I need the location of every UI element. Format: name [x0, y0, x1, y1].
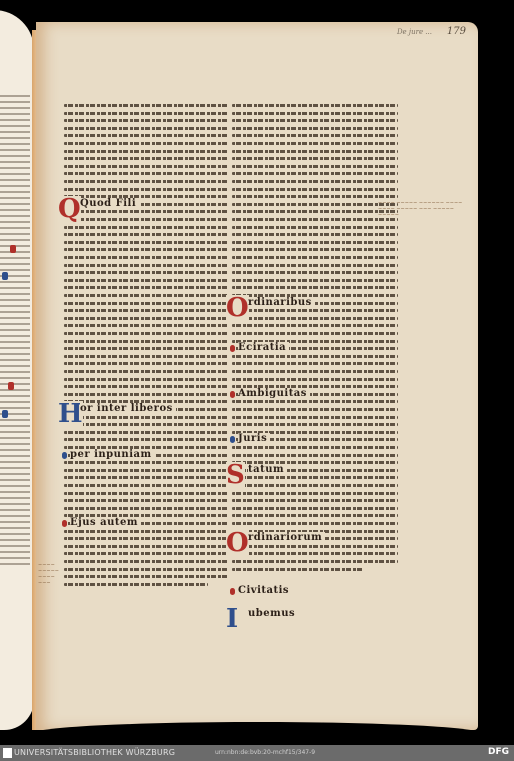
- script-line: [232, 446, 398, 449]
- urn-identifier[interactable]: urn:nbn:de:bvb:20-mchf15/347-9: [215, 749, 315, 756]
- script-line: [232, 134, 398, 137]
- rubric-mark: [2, 410, 8, 418]
- rubric-heading: Ejus autem: [70, 517, 141, 528]
- script-line: [64, 461, 228, 464]
- rubric-mark: [8, 382, 14, 390]
- script-line: [64, 484, 228, 487]
- script-line: [232, 172, 398, 175]
- folio-number: 179: [447, 26, 466, 37]
- script-line: [64, 150, 228, 153]
- script-line: [232, 279, 398, 282]
- rubric-heading: Ambiguitas: [238, 388, 310, 399]
- manuscript-viewer: De jure ... 179 QQuod FiliHor inter libe…: [0, 0, 514, 745]
- decorated-initial: O: [226, 295, 249, 321]
- script-line: [64, 583, 208, 586]
- script-line: [232, 210, 398, 213]
- script-line: [64, 362, 228, 365]
- facing-page-left: [0, 10, 34, 730]
- script-line: [232, 226, 398, 229]
- paragraph-mark: [230, 345, 235, 352]
- script-line: [64, 492, 228, 495]
- script-line: [64, 416, 228, 419]
- script-line: [64, 469, 228, 472]
- text-column-b: OrdinaribusEciratiaAmbiguitasJurisStatum…: [232, 102, 398, 576]
- script-line: [232, 416, 398, 419]
- script-line: [64, 172, 228, 175]
- script-line: [64, 545, 228, 548]
- paragraph-mark: [230, 436, 235, 443]
- rubric-heading: Eciratia: [238, 342, 289, 353]
- dfg-logo: DFG: [488, 747, 509, 757]
- script-line: [232, 188, 398, 191]
- rubric-heading: per inpuniam: [70, 449, 155, 460]
- decorated-initial: Q: [58, 196, 81, 222]
- text-column-a: QQuod FiliHor inter liberosper inpuniamE…: [64, 102, 228, 592]
- paragraph-mark: [230, 391, 235, 398]
- rubric-heading: Quod Fili: [80, 198, 139, 209]
- script-line: [64, 104, 228, 107]
- script-line: [232, 454, 398, 457]
- right-margin-note: ~~~~ ~~~~~ ~~~~~~ ~~~~~~~~ ~~~~~ ~~~ ~~~…: [378, 200, 468, 218]
- decorated-initial: O: [226, 530, 249, 556]
- rubric-heading: rdinaribus: [248, 297, 315, 308]
- script-line: [232, 309, 398, 312]
- script-line: [64, 507, 228, 510]
- script-line: [232, 286, 398, 289]
- script-line: [64, 256, 228, 259]
- script-line: [64, 370, 228, 373]
- script-line: [64, 294, 228, 297]
- decorated-initial: H: [58, 401, 83, 427]
- script-line: [232, 180, 398, 183]
- script-line: [232, 112, 398, 115]
- script-line: [232, 499, 398, 502]
- script-line: [232, 127, 398, 130]
- script-line: [232, 157, 398, 160]
- rubric-heading: or inter liberos: [80, 403, 176, 414]
- script-line: [232, 142, 398, 145]
- script-line: [232, 378, 398, 381]
- script-line: [64, 119, 228, 122]
- institution-name: UNIVERSITÄTSBIBLIOTHEK WÜRZBURG: [14, 748, 175, 757]
- script-line: [64, 302, 228, 305]
- script-line: [232, 241, 398, 244]
- script-line: [64, 324, 228, 327]
- script-line: [64, 317, 228, 320]
- rubric-heading: Civitatis: [238, 585, 292, 596]
- rubric-heading: tatum: [248, 464, 287, 475]
- script-line: [232, 370, 398, 373]
- page-bottom-shadow: [32, 722, 482, 736]
- script-line: [64, 210, 228, 213]
- script-line: [232, 408, 398, 411]
- script-line: [232, 423, 398, 426]
- script-line: [64, 340, 228, 343]
- decorated-initial: S: [226, 462, 245, 488]
- rubric-heading: Juris: [238, 433, 270, 444]
- script-line: [64, 279, 228, 282]
- script-line: [64, 423, 228, 426]
- script-line: [64, 226, 228, 229]
- script-line: [232, 545, 398, 548]
- script-line: [232, 248, 398, 251]
- script-line: [64, 560, 228, 563]
- left-margin-note: ~~~~~~~~~~~~~~~~: [38, 562, 68, 586]
- script-line: [64, 476, 228, 479]
- script-line: [64, 112, 228, 115]
- script-line: [64, 271, 228, 274]
- script-line: [64, 309, 228, 312]
- rubric-mark: [10, 245, 16, 253]
- script-line: [232, 195, 398, 198]
- script-line: [64, 218, 228, 221]
- script-line: [232, 264, 398, 267]
- script-line: [232, 317, 398, 320]
- script-line: [232, 203, 398, 206]
- rubric-heading: rdinariorum: [248, 532, 325, 543]
- script-line: [232, 560, 398, 563]
- script-line: [64, 248, 228, 251]
- script-line: [64, 264, 228, 267]
- script-line: [64, 286, 228, 289]
- script-line: [64, 378, 228, 381]
- script-line: [64, 355, 228, 358]
- script-line: [64, 188, 228, 191]
- script-line: [64, 537, 228, 540]
- script-line: [232, 492, 398, 495]
- script-line: [232, 362, 398, 365]
- script-line: [64, 431, 228, 434]
- facing-page-text: [0, 95, 30, 565]
- script-line: [64, 347, 228, 350]
- script-line: [232, 400, 398, 403]
- script-line: [64, 385, 228, 388]
- script-line: [64, 530, 228, 533]
- paragraph-mark: [62, 520, 67, 527]
- script-line: [232, 256, 398, 259]
- script-line: [64, 575, 228, 578]
- rubric-heading: ubemus: [248, 608, 298, 619]
- script-line: [232, 514, 398, 517]
- script-line: [64, 127, 228, 130]
- paragraph-mark: [230, 588, 235, 595]
- script-line: [232, 324, 398, 327]
- script-line: [232, 476, 398, 479]
- script-line: [64, 233, 228, 236]
- script-line: [64, 157, 228, 160]
- script-line: [64, 438, 228, 441]
- script-line: [232, 484, 398, 487]
- script-line: [64, 134, 228, 137]
- script-line: [64, 552, 228, 555]
- script-line: [232, 233, 398, 236]
- script-line: [64, 499, 228, 502]
- script-line: [232, 568, 363, 571]
- rubric-mark: [2, 272, 8, 280]
- script-line: [232, 355, 398, 358]
- script-line: [232, 104, 398, 107]
- script-line: [64, 241, 228, 244]
- script-line: [64, 180, 228, 183]
- script-line: [232, 218, 398, 221]
- viewer-footer: UNIVERSITÄTSBIBLIOTHEK WÜRZBURG urn:nbn:…: [0, 745, 514, 761]
- script-line: [232, 522, 398, 525]
- script-line: [64, 332, 228, 335]
- script-line: [64, 142, 228, 145]
- script-line: [232, 271, 398, 274]
- script-line: [64, 393, 228, 396]
- script-line: [232, 332, 398, 335]
- decorated-initial: I: [226, 606, 238, 632]
- library-logo-icon: [3, 748, 12, 758]
- script-line: [232, 119, 398, 122]
- script-line: [64, 568, 228, 571]
- script-line: [232, 507, 398, 510]
- shelfmark-note: De jure ...: [397, 28, 432, 36]
- script-line: [232, 150, 398, 153]
- paragraph-mark: [62, 452, 67, 459]
- script-line: [64, 165, 228, 168]
- script-line: [232, 165, 398, 168]
- manuscript-page: De jure ... 179 QQuod FiliHor inter libe…: [36, 22, 478, 730]
- script-line: [232, 552, 398, 555]
